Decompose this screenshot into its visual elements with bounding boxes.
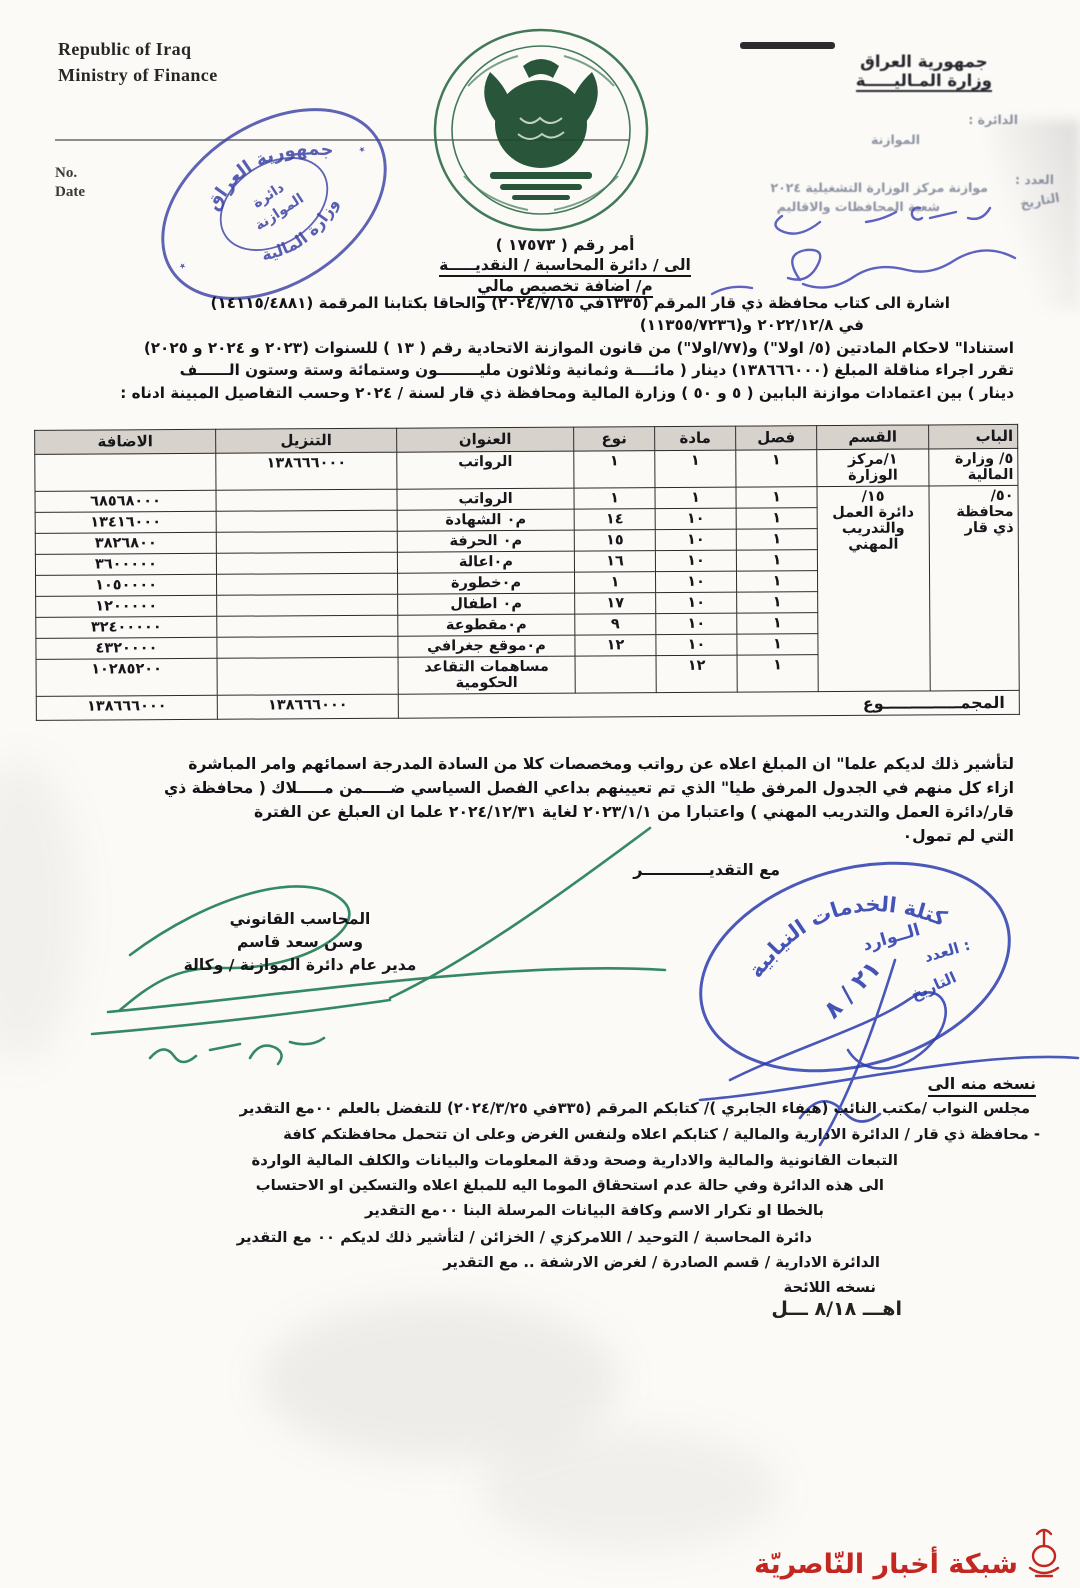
signer-name: وسن سعد قاسم [150,931,450,954]
table-cell: م٠خطورة [398,572,575,594]
table-cell: ١٠ [656,592,737,613]
letterhead-arabic: جمهورية العراق وزارة المـاليـــــة [856,52,992,92]
intro-line: اشارة الى كتاب محافظة ذي قار المرقم (١٣٣… [62,292,1014,314]
intro-line: في ٢٠٢٢/١٢/٨ و(١١٣٥٥/٧٢٣٦) [62,314,1014,336]
letterhead-country-ar: جمهورية العراق [856,52,992,71]
table-cell: ١٠٢٨٥٢٠٠ [36,658,217,696]
table-cell: ١ [736,487,817,508]
table-cell [35,453,216,491]
table-cell: الرواتب [397,488,574,510]
col-header-tanzil: التنزيل [216,428,397,453]
table-cell: م٠ الشهادة [397,509,574,531]
no-label: No. [55,164,85,183]
dept-value: الموازنة [871,132,920,147]
signer-title: المحاسب القانوني [150,908,450,931]
news-network-watermark-text: شبكة أخبار النّاصريّة [754,1549,1018,1580]
letterhead-no-date: No. Date [55,164,85,202]
table-cell [216,489,397,511]
cc-item: بالخطا او تكرار الاسم وكافة البيانات الم… [365,1202,824,1219]
signature-block: المحاسب القانوني وسن سعد قاسم مدير عام د… [150,908,450,977]
allocation-table: الباب القسم فصل مادة نوع العنوان التنزيل… [34,424,1020,721]
table-cell [217,636,398,658]
incoming-stamp-signature [640,930,1080,1150]
table-cell: م٠مقطوعة [398,614,575,636]
table-cell: ١٠ [656,634,737,655]
table-cell: م٠ اطفال [398,593,575,615]
cc-item: الدائرة الادارية / قسم الصادرة / لغرض ال… [443,1254,880,1271]
svg-text:الموازنة: الموازنة [252,191,307,234]
news-network-logo-icon [1024,1526,1064,1580]
table-cell: ١ [574,572,655,593]
dept-label: الدائرة : [968,112,1018,127]
table-cell: مساهمات التقاعد الحكومية [398,656,575,694]
table-cell: ١ [736,529,817,550]
table-cell: ١٠ [655,550,736,571]
table-cell: ١٥/ دائرة العمل والتدريب المهني [817,486,930,692]
table-cell: ١٦ [574,551,655,572]
col-header-bab: الباب [929,424,1018,449]
letterhead-rule [55,139,630,141]
table-cell: ١٠ [655,508,736,529]
table-cell: ١ [737,613,818,634]
col-header-fasl: فصل [736,426,817,450]
intro-paragraph: اشارة الى كتاب محافظة ذي قار المرقم (١٣٣… [62,292,1014,404]
table-cell: ١ [574,488,655,509]
letterhead-ministry-en: Ministry of Finance [58,62,218,88]
table-cell: ١٢ [656,655,737,692]
col-header-idafa: الاضافة [35,429,216,454]
table-cell: ١٢ [575,635,656,656]
letterhead-english: Republic of Iraq Ministry of Finance [58,36,218,88]
closing-line: ازاء كل منهم في الجدول المرفق طيا" الذي … [62,776,1014,800]
table-cell: ١٠ [656,613,737,634]
table-cell: ١٧ [575,593,656,614]
svg-text:٭: ٭ [355,141,369,157]
table-cell: ١ [574,451,655,488]
intro-line: دينار ) بين اعتمادات موازنة البابين ( ٥ … [62,382,1014,404]
table-cell: ٥٠/ محافظة ذي قار [929,485,1019,691]
table-cell: ١٤ [574,509,655,530]
table-cell: ١٥ [574,530,655,551]
table-cell: ١٣٨٦٦٦٠٠٠ [216,452,397,490]
table-total-label: المجمــــــــــــــوع [398,690,1019,718]
intro-line: تقرر اجراء مناقلة المبلغ (١٣٨٦٦٦٠٠٠) دين… [62,359,1014,381]
table-cell: ١ [736,450,817,487]
table-cell: ٤٣٢٠٠٠٠ [36,637,217,659]
order-block: أمر رقم ( ١٧٥٧٣ ) الى / دائرة المحاسبة /… [400,236,730,295]
table-cell: ٣٢٤٠٠٠٠٠ [36,616,217,638]
col-header-qism: القسم [817,425,929,450]
table-cell: م٠اعالة [397,551,574,573]
signer-position: مدير عام دائرة الموازنة / وكالة [150,954,450,977]
table-cell: ١٣٨٦٦٦٠٠٠ [36,695,217,720]
table-cell: ١٣٤١٦٠٠٠ [35,511,216,533]
table-cell: ١ [737,655,818,692]
table-cell: ١٠ [655,529,736,550]
table-cell: ١٢٠٠٠٠٠ [36,595,217,617]
cc-hand-note: اهـــ ٨/١٨ ـــل [771,1298,902,1320]
table-cell [216,552,397,574]
svg-text:دائرة: دائرة [250,180,287,212]
allocation-table-wrap: الباب القسم فصل مادة نوع العنوان التنزيل… [34,424,986,721]
table-total-row: المجمــــــــــــــوع١٣٨٦٦٦٠٠٠١٣٨٦٦٦٠٠٠ [36,690,1019,720]
news-network-watermark: شبكة أخبار النّاصريّة [754,1526,1064,1580]
scan-smudge [480,1430,780,1550]
cc-item: الى هذه الدائرة وفي حالة عدم استحقاق الم… [256,1177,884,1194]
svg-text:جمهورية العراق: جمهورية العراق [193,110,343,233]
table-cell: ١ [655,450,736,487]
table-cell: ١٠٥٠٠٠٠ [36,574,217,596]
col-header-mada: مادة [655,426,736,450]
svg-text:٭: ٭ [176,258,190,274]
table-cell: ٩ [575,614,656,635]
cc-title: نسخه منه الى [928,1074,1036,1097]
table-cell: ١ [736,550,817,571]
order-number-line: أمر رقم ( ١٧٥٧٣ ) [400,236,730,254]
table-row: ٥/ وزارة المالية١/مركز الوزارة١١١الرواتب… [35,448,1018,491]
ministry-emblem-seal [428,26,654,238]
order-to-line: الى / دائرة المحاسبة / النقديـــــة [439,256,691,277]
date-label: Date [55,183,85,202]
table-cell: الرواتب [397,451,574,489]
svg-text:وزارة المالية: وزارة المالية [250,190,351,272]
scan-smudge [260,1300,620,1460]
cc-item: مجلس النواب /مكتب النائب (هيفاء الجابري … [240,1100,1030,1117]
cc-item: - محافظة ذي قار / الدائرة الادارية والما… [283,1126,1040,1143]
table-cell: ١/مركز الوزارة [817,449,929,487]
table-cell: ١ [737,592,818,613]
col-header-unwan: العنوان [397,427,574,452]
table-cell: ١ [736,571,817,592]
table-cell [216,531,397,553]
table-cell: ٣٦٠٠٠٠٠ [35,553,216,575]
allocation-table-body: ٥/ وزارة المالية١/مركز الوزارة١١١الرواتب… [35,448,1020,720]
table-cell: ٦٨٥٦٨٠٠٠ [35,490,216,512]
table-cell [217,573,398,595]
table-cell [575,656,656,693]
scanned-letter-page: Republic of Iraq Ministry of Finance No.… [0,0,1080,1588]
table-cell: ٣٨٢٦٨٠٠ [35,532,216,554]
table-cell: م٠موقع جغرافي [398,635,575,657]
table-cell: ١ [736,508,817,529]
table-cell [217,657,398,695]
table-cell: ١٣٨٦٦٦٠٠٠ [217,694,398,719]
redaction-bar [740,42,835,49]
col-header-naw: نوع [574,427,655,451]
table-cell: ١٠ [655,571,736,592]
table-cell: ١ [737,634,818,655]
table-cell: ٥/ وزارة المالية [929,448,1018,486]
table-cell [217,615,398,637]
table-cell [216,510,397,532]
letterhead-country-en: Republic of Iraq [58,36,218,62]
cc-item: نسخه اللائحة [784,1279,876,1296]
closing-line: لتأشير ذلك لديكم علما" ان المبلغ اعلاه ع… [62,752,1014,776]
letterhead-ministry-ar: وزارة المـاليـــــة [856,71,992,92]
table-cell [217,594,398,616]
intro-line: استنادا" لاحكام المادتين (٥/ اولا") و(٧٧… [62,337,1014,359]
cc-item: دائرة المحاسبة / التوحيد / اللامركزي / ا… [237,1229,812,1246]
cc-item: التبعات القانونية والمالية والادارية وصح… [251,1152,898,1169]
table-cell: م٠ الحرفة [397,530,574,552]
table-cell: ١ [655,487,736,508]
